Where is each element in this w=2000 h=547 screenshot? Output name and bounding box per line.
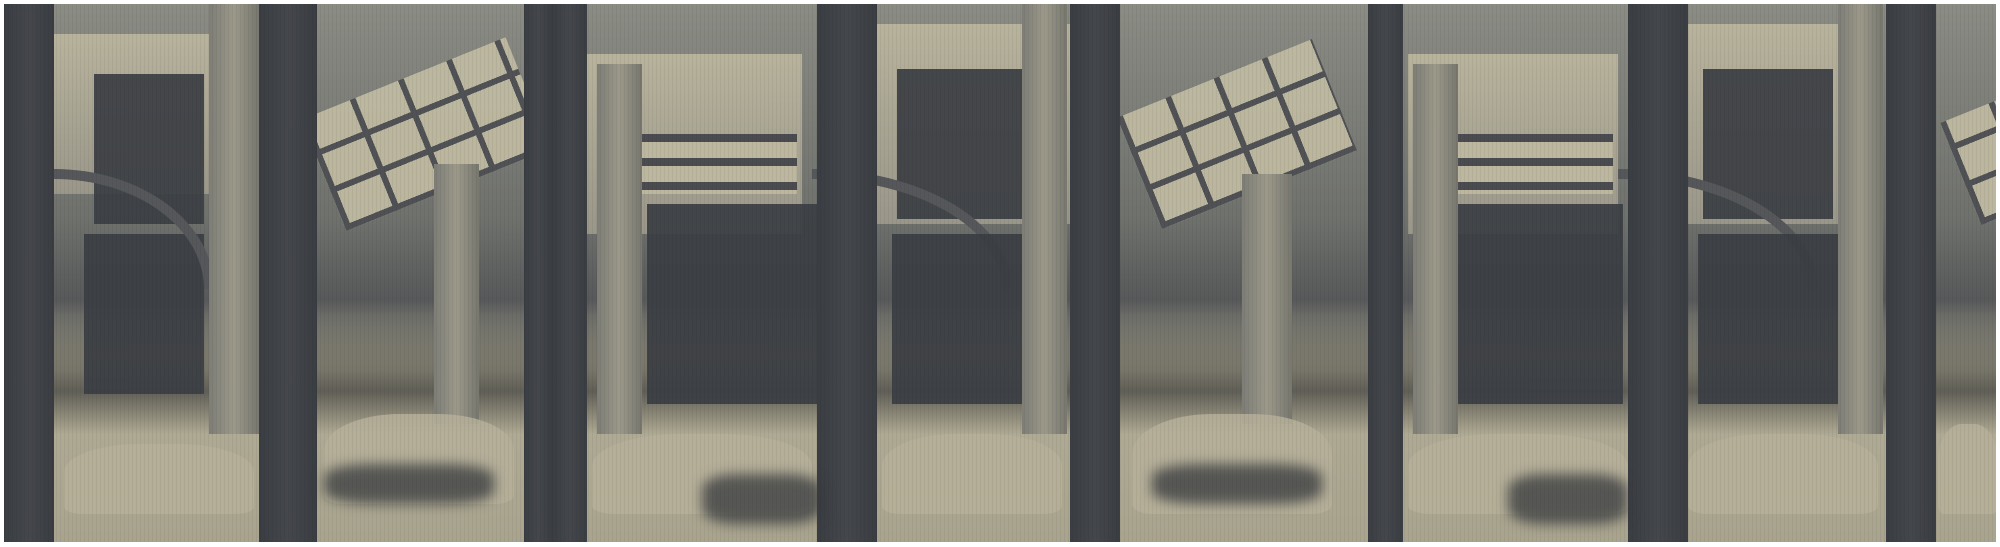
dark-pillar — [1628, 4, 1688, 542]
stone-column — [209, 4, 259, 434]
stone-column — [1838, 4, 1883, 434]
dark-pillar — [1886, 4, 1936, 542]
panel-right — [1368, 4, 1996, 542]
stone-column — [434, 164, 479, 424]
banded-window — [1443, 134, 1613, 194]
floor-light — [1688, 434, 1878, 514]
dark-pillar — [1368, 4, 1403, 542]
panel-center — [552, 4, 1368, 542]
floor-light — [1938, 424, 1996, 514]
floor-shadow — [702, 474, 822, 524]
dark-pillar — [817, 4, 877, 542]
tilted-grid-window — [1117, 39, 1357, 229]
banded-window — [637, 134, 797, 194]
stone-column — [597, 64, 642, 434]
dark-pillar — [1070, 4, 1120, 542]
stone-column — [1242, 174, 1292, 424]
stone-column — [1413, 64, 1458, 434]
doorway-dark — [647, 204, 817, 404]
stone-column — [1022, 4, 1067, 434]
doorway-dark — [892, 234, 1042, 404]
floor-shadow — [324, 464, 494, 504]
tilted-grid-window — [1940, 93, 1996, 225]
floor-light — [64, 444, 254, 514]
dark-pillar — [4, 4, 54, 542]
doorway-dark — [1453, 204, 1623, 404]
triptych-artwork — [4, 4, 1996, 542]
doorway-dark — [1698, 234, 1848, 404]
dark-pillar — [524, 4, 552, 542]
panel-left — [4, 4, 552, 542]
floor-shadow — [1508, 474, 1628, 524]
floor-shadow — [1152, 464, 1322, 504]
tilted-grid-window — [302, 37, 551, 231]
dark-pillar — [552, 4, 587, 542]
floor-light — [882, 434, 1062, 514]
dark-pillar — [259, 4, 317, 542]
